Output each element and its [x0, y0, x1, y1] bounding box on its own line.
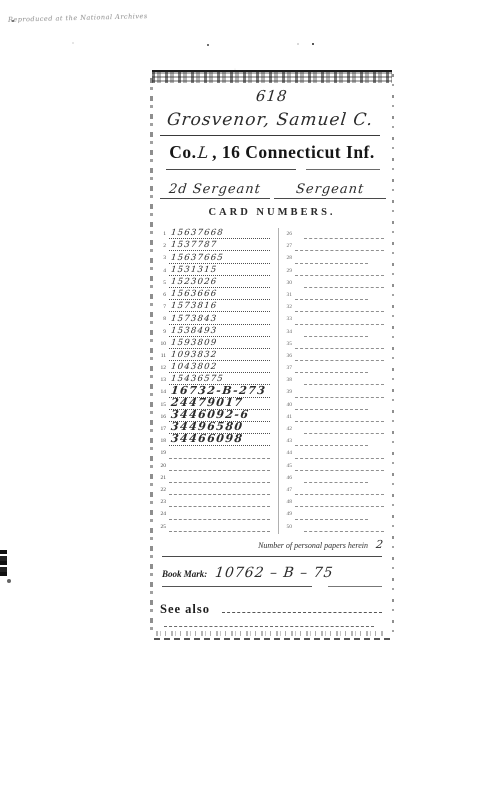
rank-out-handwriting: Sergeant [295, 182, 365, 197]
card-number-handwriting: 15637668 [170, 228, 224, 238]
card-number-rule [295, 289, 368, 300]
card-number-rule: 1043802 [169, 362, 270, 373]
card-number-rule [304, 277, 384, 288]
card-number-row: 48 [284, 496, 386, 508]
blank-dotted-rule [164, 626, 374, 627]
card-number-rule [295, 509, 368, 520]
row-number: 3 [158, 255, 166, 261]
card-number-rule [169, 460, 270, 471]
card-number-rule [295, 496, 384, 507]
unit-underline-right [306, 169, 380, 170]
card-number-row: 26 [284, 228, 386, 240]
card-number-handwriting: 1563666 [170, 289, 217, 299]
row-number: 15 [158, 402, 166, 408]
card-number-row: 20 [158, 460, 272, 472]
row-number: 35 [284, 341, 292, 347]
card-number-row: 49 [284, 508, 386, 520]
card-number-row: 101593809 [158, 338, 272, 350]
card-number-row: 61563666 [158, 289, 272, 301]
card-number-handwriting: 15436575 [170, 374, 224, 384]
row-number: 8 [158, 316, 166, 322]
card-number-rule: 15637668 [169, 228, 270, 239]
row-number: 26 [284, 231, 292, 237]
card-number-rule: 1531315 [169, 265, 270, 276]
card-number-rule [169, 509, 270, 520]
card-numbers-heading: CARD NUMBERS. [150, 207, 394, 218]
card-bottom-edge [154, 638, 390, 640]
card-number-row: 121043802 [158, 362, 272, 374]
soldier-name-line: Grosvenor, Samuel C. [160, 110, 380, 136]
card-number-rule [295, 484, 384, 495]
row-number: 42 [284, 426, 292, 432]
card-numbers-left-column: 1156376682153778731563766541531315515230… [158, 228, 272, 534]
card-number-row: 45 [284, 460, 386, 472]
row-number: 48 [284, 499, 292, 505]
book-mark-line: Book Mark: 10762 – B – 75 [162, 564, 334, 584]
card-number-row: 30 [284, 277, 386, 289]
card-number-row: 28 [284, 252, 386, 264]
company-letter-handwriting: L [197, 143, 211, 162]
row-number: 44 [284, 450, 292, 456]
card-number-row: 33 [284, 313, 386, 325]
card-number-handwriting: 16732-B-273 [170, 384, 267, 397]
see-also-dotted-rule [222, 612, 382, 613]
card-number-rule [295, 350, 384, 361]
row-number: 9 [158, 329, 166, 335]
card-number-row: 47 [284, 484, 386, 496]
card-number-rule [295, 265, 384, 276]
card-number-handwriting: 1573816 [170, 301, 217, 311]
row-number: 39 [284, 389, 292, 395]
book-mark-label: Book Mark: [162, 569, 207, 579]
row-number: 22 [158, 487, 166, 493]
card-number-rule [295, 362, 368, 373]
card-number-rule [295, 460, 384, 471]
card-number-row: 50 [284, 521, 386, 533]
service-record-jacket-card: 618 Grosvenor, Samuel C. Co.L, 16 Connec… [150, 70, 394, 640]
card-number-row: 42 [284, 423, 386, 435]
card-number-handwriting: 1523026 [170, 277, 217, 287]
see-also-line: See also [160, 600, 382, 616]
card-number-row: 43 [284, 435, 386, 447]
card-number-row: 39 [284, 386, 386, 398]
rank-out-line: Sergeant [274, 180, 386, 199]
card-number-row: 41531315 [158, 265, 272, 277]
card-number-row: 115637668 [158, 228, 272, 240]
row-number: 4 [158, 268, 166, 274]
row-number: 21 [158, 475, 166, 481]
row-number: 10 [158, 341, 166, 347]
card-number-handwriting: 1593809 [170, 338, 217, 348]
row-number: 6 [158, 292, 166, 298]
scanned-document-page: { "page": { "stamp": "Reproduced at the … [0, 0, 485, 800]
soldier-name-handwriting: Grosvenor, Samuel C. [166, 110, 374, 130]
card-number-row: 111093832 [158, 350, 272, 362]
card-number-rule [169, 521, 270, 532]
card-number-row: 32 [284, 301, 386, 313]
book-mark-value-handwriting: 10762 – B – 75 [214, 565, 334, 581]
row-number: 13 [158, 377, 166, 383]
row-number: 1 [158, 231, 166, 237]
row-number: 41 [284, 414, 292, 420]
card-number-handwriting: 1093832 [170, 350, 217, 360]
personal-papers-count-handwriting: 2 [375, 538, 384, 551]
row-number: 14 [158, 389, 166, 395]
card-number-rule [304, 326, 368, 337]
card-torn-top-edge [152, 70, 392, 83]
scan-speckles [12, 20, 14, 22]
personal-papers-line: Number of personal papers herein 2 [170, 538, 384, 551]
card-number-row: 38 [284, 374, 386, 386]
row-number: 37 [284, 365, 292, 371]
card-number-row: 31 [284, 289, 386, 301]
row-number: 23 [158, 499, 166, 505]
card-number-rule: 1593809 [169, 338, 270, 349]
card-number-row: 34 [284, 326, 386, 338]
card-number-row: 51523026 [158, 277, 272, 289]
card-number-row: 22 [158, 484, 272, 496]
card-number-handwriting: 1043802 [170, 362, 217, 372]
row-number: 40 [284, 402, 292, 408]
card-number-rule [295, 338, 384, 349]
see-also-label: See also [160, 602, 210, 616]
card-number-rule [304, 423, 384, 434]
row-number: 29 [284, 268, 292, 274]
rank-in-handwriting: 2d Sergeant [168, 182, 261, 197]
card-number-row: 71573816 [158, 301, 272, 313]
card-number-rule: 1573816 [169, 301, 270, 312]
card-number-rule [169, 496, 270, 507]
card-number-row: 29 [284, 265, 386, 277]
row-number: 19 [158, 450, 166, 456]
unit-line: Co.L, 16 Connecticut Inf. [150, 142, 394, 163]
card-number-rule: 1573843 [169, 314, 270, 325]
row-number: 18 [158, 438, 166, 444]
row-number: 27 [284, 243, 292, 249]
card-number-rule: 1537787 [169, 240, 270, 251]
card-number-row: 27 [284, 240, 386, 252]
row-number: 32 [284, 304, 292, 310]
row-number: 31 [284, 292, 292, 298]
row-number: 34 [284, 329, 292, 335]
card-numbers-right-column: 2627282930313233343536373839404142434445… [278, 228, 386, 534]
unit-underline-left [166, 169, 296, 170]
card-number-row: 41 [284, 411, 386, 423]
card-number-rule [295, 448, 384, 459]
rank-in-line: 2d Sergeant [160, 180, 270, 199]
card-number-rule: 1093832 [169, 350, 270, 361]
card-number-row: 36 [284, 350, 386, 362]
book-mark-underline-left [162, 586, 312, 587]
row-number: 7 [158, 304, 166, 310]
card-number-rule: 34466098 [169, 435, 270, 446]
card-number-rule [295, 399, 368, 410]
card-number-rule [295, 387, 384, 398]
row-number: 28 [284, 255, 292, 261]
card-number-row: 24 [158, 508, 272, 520]
card-number-handwriting: 1573843 [170, 314, 217, 324]
book-mark-underline-right [328, 586, 382, 587]
card-number-row: 1834466098 [158, 435, 272, 447]
card-number-handwriting: 34466098 [170, 432, 244, 445]
row-number: 24 [158, 511, 166, 517]
card-number-row: 91538493 [158, 326, 272, 338]
card-number-row: 40 [284, 399, 386, 411]
card-number-rule [304, 374, 384, 385]
card-number-row: 315637665 [158, 252, 272, 264]
card-number-rule: 1523026 [169, 277, 270, 288]
card-number-rule: 15637665 [169, 253, 270, 264]
card-number-rule [169, 472, 270, 483]
card-number-rule [295, 240, 384, 251]
card-number-row: 35 [284, 338, 386, 350]
row-number: 2 [158, 243, 166, 249]
row-number: 12 [158, 365, 166, 371]
row-number: 25 [158, 524, 166, 530]
row-number: 17 [158, 426, 166, 432]
personal-papers-label: Number of personal papers herein [258, 541, 368, 550]
card-number-row: 46 [284, 472, 386, 484]
row-number: 30 [284, 280, 292, 286]
card-number-rule [295, 253, 368, 264]
company-label: Co. [169, 142, 196, 162]
row-number: 50 [284, 524, 292, 530]
row-number: 33 [284, 316, 292, 322]
card-number-rule [295, 411, 384, 422]
card-number-rule [169, 484, 270, 495]
row-number: 11 [158, 353, 166, 359]
jacket-id-number: 618 [150, 87, 394, 106]
card-number-rule [295, 314, 384, 325]
card-number-row: 44 [284, 447, 386, 459]
row-number: 45 [284, 463, 292, 469]
row-number: 16 [158, 414, 166, 420]
papers-underline [162, 556, 382, 557]
card-number-rule [304, 228, 384, 239]
card-number-rule [295, 301, 384, 312]
row-number: 49 [284, 511, 292, 517]
card-number-handwriting: 1538493 [170, 326, 217, 336]
archive-stamp-text: Reproduced at the National Archives [8, 12, 148, 24]
row-number: 38 [284, 377, 292, 383]
card-number-row: 25 [158, 521, 272, 533]
illegible-print-line [156, 631, 384, 636]
card-number-row: 81573843 [158, 313, 272, 325]
row-number: 36 [284, 353, 292, 359]
card-number-handwriting: 15637665 [170, 253, 224, 263]
card-number-rule [295, 435, 368, 446]
card-number-row: 19 [158, 447, 272, 459]
card-number-handwriting: 1537787 [170, 240, 217, 250]
card-number-row: 23 [158, 496, 272, 508]
card-number-rule: 1538493 [169, 326, 270, 337]
card-number-handwriting: 1531315 [170, 265, 217, 275]
card-number-rule [169, 448, 270, 459]
row-number: 46 [284, 475, 292, 481]
row-number: 47 [284, 487, 292, 493]
rank-row: 2d Sergeant Sergeant [158, 174, 386, 199]
row-number: 43 [284, 438, 292, 444]
row-number: 5 [158, 280, 166, 286]
jacket-id-number-handwriting: 618 [255, 87, 289, 105]
card-number-row: 21 [158, 472, 272, 484]
card-number-rule [304, 521, 384, 532]
scan-edge-artifact [0, 550, 7, 578]
card-number-row: 21537787 [158, 240, 272, 252]
card-number-rule [304, 472, 368, 483]
card-number-rule: 1563666 [169, 289, 270, 300]
row-number: 20 [158, 463, 166, 469]
card-number-row: 37 [284, 362, 386, 374]
card-number-handwriting: 24479017 [170, 396, 244, 409]
regiment-text: , 16 Connecticut Inf. [212, 142, 375, 162]
